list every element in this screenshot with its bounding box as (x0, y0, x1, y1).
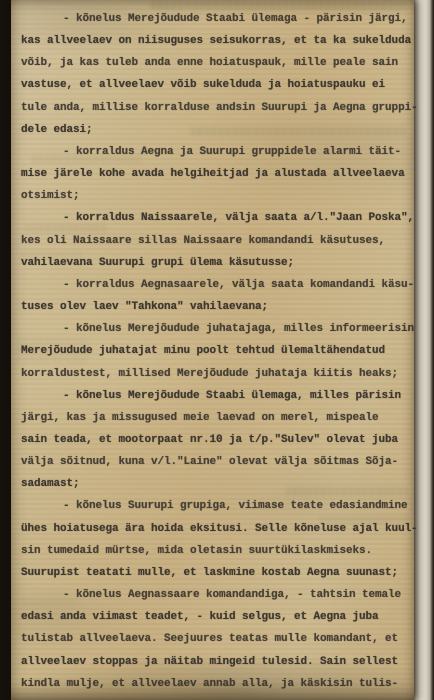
text-line-p8-l1: - kõnelus Aegnassaare komandandiga, - ta… (21, 584, 413, 606)
text-line-p6-l5: sadamast; (21, 473, 413, 495)
text-line-p1-l5: tule anda, millise korralduse andsin Suu… (21, 97, 413, 119)
text-line-p3-l1: - korraldus Naissaarele, välja saata a/l… (21, 207, 413, 229)
typewritten-page: - kõnelus Merejõudude Staabi ülemaga - p… (11, 0, 414, 700)
text-line-p4-l2: tuses olev laev "Tahkona" vahilaevana; (21, 296, 413, 318)
text-line-p1-l3: võib, ja kas tuleb anda enne hoiatuspauk… (21, 52, 413, 74)
photo-backdrop: - kõnelus Merejõudude Staabi ülemaga - p… (0, 0, 434, 700)
text-line-p2-l2: mise järele kohe avada helgiheitjad ja a… (21, 163, 413, 185)
text-line-p3-l2: kes oli Naissaare sillas Naissaare koman… (21, 230, 413, 252)
text-line-p5-l2: Merejõudude juhatajat minu poolt tehtud … (21, 340, 413, 362)
text-line-p7-l3: sin tumedaid mürtse, mida oletasin suurt… (21, 540, 413, 562)
text-line-p8-l3: tulistab allveelaeva. Seejuures teatas m… (21, 628, 413, 650)
text-line-p6-l3: sain teada, et mootorpaat nr.10 ja t/p."… (21, 429, 413, 451)
text-line-p6-l2: järgi, kas ja missugused meie laevad on … (21, 407, 413, 429)
text-line-p2-l1: - korraldus Aegna ja Suurupi gruppidele … (21, 141, 413, 163)
text-line-p4-l1: - korraldus Aegnasaarele, välja saata ko… (21, 274, 413, 296)
text-line-p1-l2: kas allveelaev on niisuguses seisukorras… (21, 30, 413, 52)
text-line-p7-l1: - kõnelus Suurupi grupiga, viimase teate… (21, 495, 413, 517)
text-line-p5-l3: korraldustest, millised Merejõudude juha… (21, 363, 413, 385)
text-line-p3-l3: vahilaevana Suurupi grupi ülema käsutuss… (21, 252, 413, 274)
text-line-p7-l4: Suurupist teatati mulle, et laskmine kos… (21, 562, 413, 584)
text-line-p6-l4: välja sõitnud, kuna v/l."Laine" olevat v… (21, 451, 413, 473)
text-line-p1-l4: vastuse, et allveelaev võib sukelduda ja… (21, 74, 413, 96)
text-line-p8-l5: kindla mulje, et allveelaev annab alla, … (21, 673, 413, 695)
text-line-p2-l3: otsimist; (21, 185, 413, 207)
text-line-p8-l4: allveelaev stoppas ja näitab mingeid tul… (21, 651, 413, 673)
text-line-p6-l1: - kõnelus Merejõudude Staabi ülemaga, mi… (21, 385, 413, 407)
text-line-p5-l1: - kõnelus Merejõudude juhatajaga, milles… (21, 318, 413, 340)
text-line-p8-l2: edasi anda viimast teadet, - kuid selgus… (21, 606, 413, 628)
document-text: - kõnelus Merejõudude Staabi ülemaga - p… (21, 8, 413, 695)
text-line-p1-l1: - kõnelus Merejõudude Staabi ülemaga - p… (21, 8, 413, 30)
text-line-p7-l2: ühes hoiatusega ära hoida eksitusi. Sell… (21, 518, 413, 540)
text-line-p1-l6: dele edasi; (21, 119, 413, 141)
